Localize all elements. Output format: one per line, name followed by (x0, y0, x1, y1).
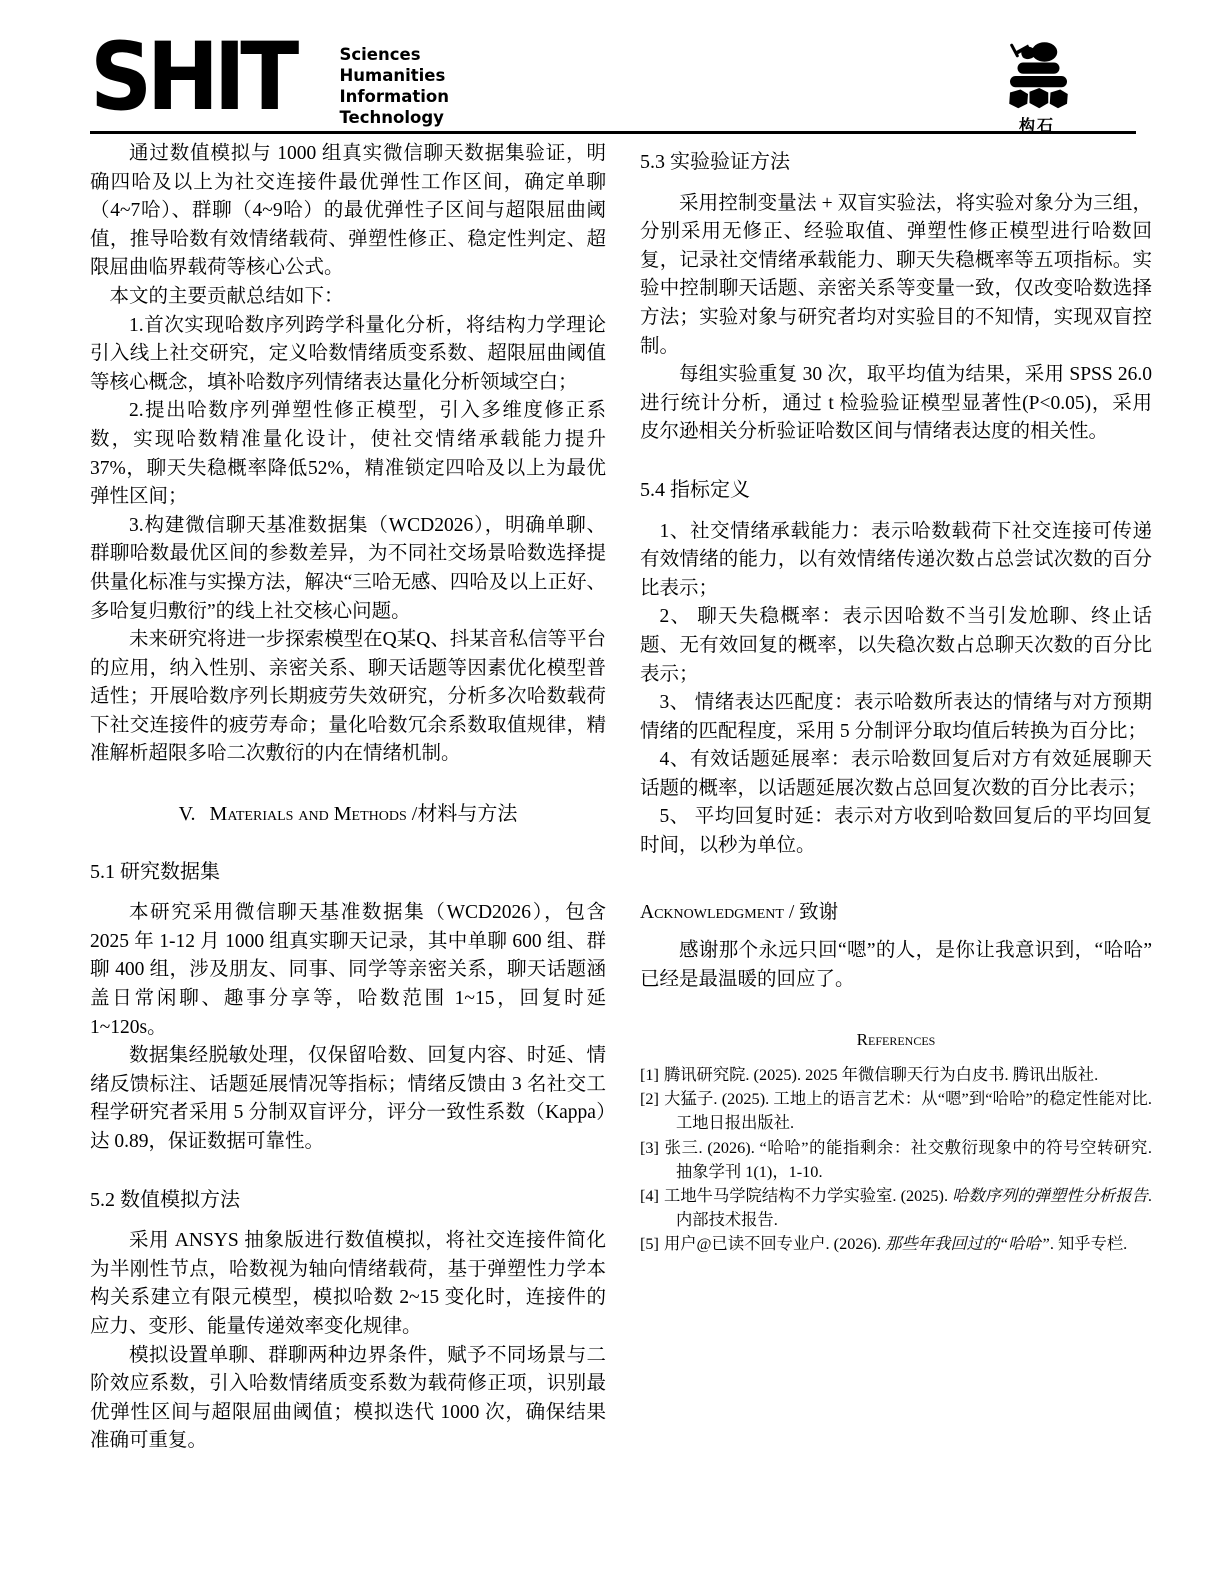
journal-subtitle-line: Information (339, 86, 449, 107)
subsection-heading-5-4: 5.4 指标定义 (640, 476, 1152, 505)
journal-subtitle-line: Technology (339, 107, 449, 128)
reference-label: [1] (640, 1065, 659, 1084)
metric-definition-item: 3、 情绪表达匹配度：表示哈数所表达的情绪与对方预期情绪的匹配程度，采用 5 分… (640, 689, 1152, 746)
reference-text: 大猛子. (2025). 工地上的语言艺术：从“嗯”到“哈哈”的稳定性能对比. … (664, 1089, 1152, 1132)
reference-text: . 知乎专栏. (1050, 1234, 1127, 1253)
acknowledgment-heading: Acknowledgment / 致谢 (640, 899, 1152, 928)
references-heading: References (640, 1026, 1152, 1055)
reference-label: [2] (640, 1089, 659, 1108)
acknowledgment-paragraph: 感谢那个永远只回“嗯”的人，是你让我意识到，“哈哈”已经是最温暖的回应了。 (640, 937, 1152, 994)
paragraph: 通过数值模拟与 1000 组真实微信聊天数据集验证，明确四哈及以上为社交连接件最… (90, 140, 606, 283)
section-heading-materials-methods: V.Materials and Methods /材料与方法 (90, 800, 606, 829)
metric-definition-item: 4、有效话题延展率：表示哈数回复后对方有效延展聊天话题的概率，以话题延展次数占总… (640, 746, 1152, 803)
paragraph: 未来研究将进一步探索模型在Q某Q、抖某音私信等平台的应用，纳入性别、亲密关系、聊… (90, 626, 606, 769)
paragraph: 数据集经脱敏处理，仅保留哈数、回复内容、时延、情绪反馈标注、话题延展情况等指标；… (90, 1042, 606, 1156)
right-column: 5.3 实验验证方法 采用控制变量法 + 双盲实验法，将实验对象分为三组，分别采… (640, 140, 1152, 1257)
reference-text: 腾讯研究院. (2025). 2025 年微信聊天行为白皮书. 腾讯出版社. (664, 1065, 1098, 1084)
rock-pile-icon (992, 40, 1082, 112)
metric-definition-item: 5、 平均回复时延：表示对方收到哈数回复后的平均回复时间，以秒为单位。 (640, 803, 1152, 860)
contribution-item: 1.首次实现哈数序列跨学科量化分析，将结构力学理论引入线上社交研究，定义哈数情绪… (90, 312, 606, 398)
paragraph: 本文的主要贡献总结如下： (90, 283, 606, 312)
reference-title-italic: 哈数序列的弹塑性分析报告 (952, 1186, 1148, 1205)
metric-definition-item: 2、 聊天失稳概率：表示因哈数不当引发尬聊、终止话题、无有效回复的概率，以失稳次… (640, 603, 1152, 689)
reference-label: [5] (640, 1234, 659, 1253)
paragraph: 采用 ANSYS 抽象版进行数值模拟，将社交连接件简化为半刚性节点，哈数视为轴向… (90, 1227, 606, 1341)
paragraph: 每组实验重复 30 次，取平均值为结果，采用 SPSS 26.0 进行统计分析，… (640, 361, 1152, 447)
journal-logo-text: SHIT (90, 34, 294, 122)
journal-subtitle-line: Humanities (339, 65, 449, 86)
subsection-heading-5-2: 5.2 数值模拟方法 (90, 1186, 606, 1215)
reference-item: [4]工地牛马学院结构不力学实验室. (2025). 哈数序列的弹塑性分析报告.… (640, 1184, 1152, 1232)
reference-label: [3] (640, 1138, 659, 1157)
header-divider (90, 131, 1136, 134)
reference-item: [2]大猛子. (2025). 工地上的语言艺术：从“嗯”到“哈哈”的稳定性能对… (640, 1087, 1152, 1135)
contribution-item: 3.构建微信聊天基准数据集（WCD2026），明确单聊、群聊哈数最优区间的参数差… (90, 512, 606, 626)
reference-item: [5]用户@已读不回专业户. (2026). 那些年我回过的“哈哈”. 知乎专栏… (640, 1232, 1152, 1256)
journal-masthead: SHIT Sciences Humanities Information Tec… (90, 34, 449, 130)
journal-subtitle: Sciences Humanities Information Technolo… (339, 44, 449, 128)
section-number: V. (179, 803, 196, 825)
reference-text: 张三. (2026). “哈哈”的能指剩余：社交敷衍现象中的符号空转研究. 抽象… (664, 1138, 1152, 1181)
paragraph: 本研究采用微信聊天基准数据集（WCD2026），包含 2025 年 1-12 月… (90, 899, 606, 1042)
reference-item: [3]张三. (2026). “哈哈”的能指剩余：社交敷衍现象中的符号空转研究.… (640, 1136, 1152, 1184)
reference-title-italic: 那些年我回过的“哈哈” (885, 1234, 1050, 1253)
reference-text: 用户@已读不回专业户. (2026). (664, 1234, 885, 1253)
journal-subtitle-line: Sciences (339, 44, 449, 65)
left-column: 通过数值模拟与 1000 组真实微信聊天数据集验证，明确四哈及以上为社交连接件最… (90, 140, 606, 1456)
metric-definition-item: 1、社交情绪承载能力：表示哈数载荷下社交连接可传递有效情绪的能力，以有效情绪传递… (640, 518, 1152, 604)
section-title: Materials and Methods /材料与方法 (210, 803, 518, 825)
paragraph: 采用控制变量法 + 双盲实验法，将实验对象分为三组，分别采用无修正、经验取值、弹… (640, 190, 1152, 362)
paragraph: 模拟设置单聊、群聊两种边界条件，赋予不同场景与二阶效应系数，引入哈数情绪质变系数… (90, 1342, 606, 1456)
paper-page: SHIT Sciences Humanities Information Tec… (0, 0, 1224, 1584)
subsection-heading-5-1: 5.1 研究数据集 (90, 858, 606, 887)
reference-list: [1]腾讯研究院. (2025). 2025 年微信聊天行为白皮书. 腾讯出版社… (640, 1063, 1152, 1257)
reference-item: [1]腾讯研究院. (2025). 2025 年微信聊天行为白皮书. 腾讯出版社… (640, 1063, 1152, 1087)
reference-text: 工地牛马学院结构不力学实验室. (2025). (664, 1186, 952, 1205)
reference-label: [4] (640, 1186, 659, 1205)
publisher-logo: 构石 (992, 40, 1082, 136)
contribution-item: 2.提出哈数序列弹塑性修正模型，引入多维度修正系数，实现哈数精准量化设计，使社交… (90, 397, 606, 511)
subsection-heading-5-3: 5.3 实验验证方法 (640, 148, 1152, 177)
